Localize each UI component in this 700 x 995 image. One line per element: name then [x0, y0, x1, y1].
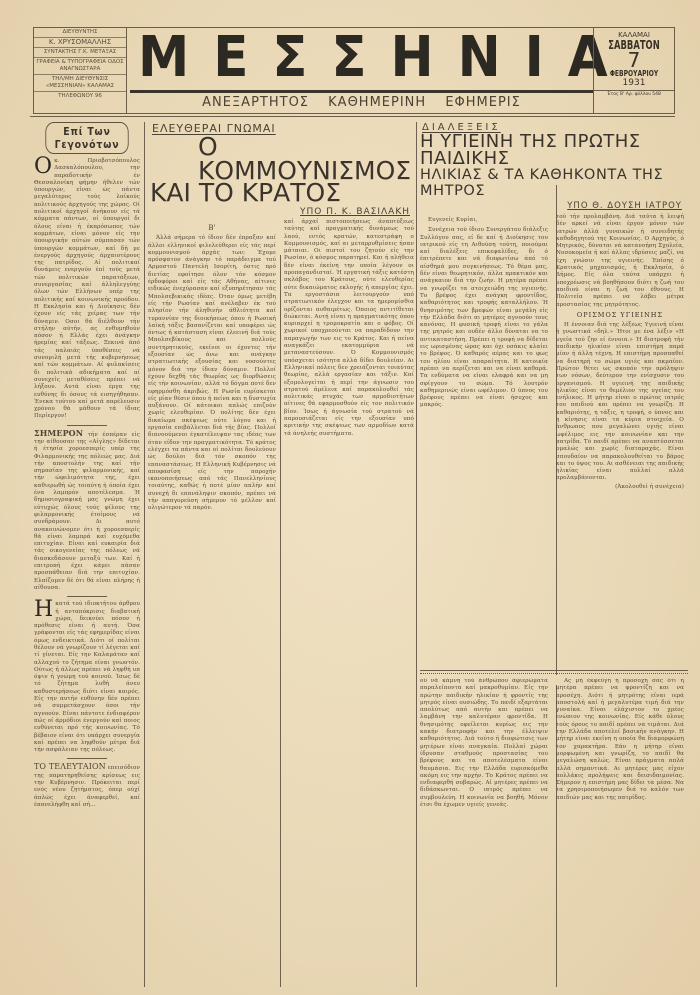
article-body: τού τήν προλαμβάνη. Διά ταύτα ή λειψή δέ… [556, 214, 684, 309]
issue-number: Έτος Β' Αρ. φύλλου 548 [594, 90, 674, 97]
day-number: 7 [594, 51, 674, 69]
article1-body: κ. Πριοβοτσόπουλος Δασκαλόπουλου, την πα… [34, 158, 140, 419]
article4-body: επεισόδιον της παρατηρηθείσης κρίσεως ει… [34, 765, 140, 807]
masthead: ΔΙΕΥΘΥΝΤΗΣ Κ. ΧΡΥΣΟΜΑΛΛΗΣ ΣΥΝΤΑΚΤΗΣ Γ.Κ.… [33, 27, 675, 114]
article-body: Άλλά σήμερα τό ίδιον δέν έπραξαν καί άλλ… [148, 235, 276, 512]
divider [67, 425, 107, 426]
weekday: ΣΑΒΒΑΤΟΝ [606, 39, 662, 51]
article-column-left: ού νά κάμνη τού άνθρώπου άφιερώματα παρα… [420, 678, 548, 810]
headline-line-1: Ο ΚΟΜΜΟΥΝΙΣΜΟΣ [148, 135, 414, 183]
year: 1931 [594, 78, 674, 88]
phone-line: ΤΗΛΕΦΩΝΟΥ 96 [34, 92, 126, 101]
divider [67, 758, 107, 759]
part-number: Β' [148, 225, 276, 232]
article-text: Οκ. Πριοβοτσόπουλος Δασκαλόπουλου, την π… [34, 158, 140, 809]
salutation: Ευγενείς Κυρίαι, [420, 217, 548, 224]
offices-line: ΓΡΑΦΕΙΑ & ΤΥΠΟΓΡΑΦΕΙΑ ΟΔΟΣ ΑΝΑΓΝΩΣΤΑΡΑ [34, 58, 126, 75]
article-body: Συνέχεια τού ίδιου Συνεργάτου διάλεξις Σ… [420, 227, 548, 409]
article-kommounismos: ΕΛΕΥΘΕΡΑΙ ΓΝΩΜΑΙ Ο ΚΟΜΜΟΥΝΙΣΜΟΣ ΚΑΙ ΤΟ Κ… [148, 122, 414, 987]
month: ΦΕΒΡΟΥΑΡΙΟΥ [604, 69, 664, 78]
column-rule [144, 122, 145, 987]
headline-line-2: ΗΛΙΚΙΑΣ & ΤΑ ΚΑΘΗΚΟΝΤΑ ΤΗΣ ΜΗΤΡΟΣ [420, 167, 688, 199]
article-body: Ας μή έκφεύγη ή προσοχή σας ότι η μητέρα… [556, 678, 684, 802]
date-box: ΚΑΛΑΜΑΙ ΣΑΒΒΑΤΟΝ 7 ΦΕΒΡΟΥΑΡΙΟΥ 1931 Έτος… [593, 28, 674, 113]
continuation-note: (Άκολουθεί ή συνέχεια) [556, 484, 684, 491]
editor-line: ΣΥΝΤΑΚΤΗΣ Γ.Κ. ΜΕΤΑΞΑΣ [34, 48, 126, 58]
article-body: ού νά κάμνη τού άνθρώπου άφιερώματα παρα… [420, 678, 548, 809]
byline: ΥΠΟ Θ. ΔΟΥΣΗ ΙΑΤΡΟΥ [420, 201, 682, 211]
title-underline [130, 90, 593, 93]
newspaper-title: ΜΕΣΣΗΝΙΑ [138, 32, 580, 84]
article-body: καί άρχαί πιστοποιήσεως άναπτύξεως ταύτη… [284, 219, 414, 438]
masthead-rule [30, 116, 675, 117]
newspaper-subtitle: ΑΝΕΞΑΡΤΗΤΟΣ ΚΑΘΗΜΕΡΙΝΗ ΕΦΗΜΕΡΙΣ [134, 95, 589, 110]
article-continuation: ού νά κάμνη τού άνθρώπου άφιερώματα παρα… [420, 678, 688, 987]
column-epi-ton-gegonoton: Επί Των Γεγονότων Οκ. Πριοβοτσόπουλος Δα… [34, 122, 140, 987]
section-body: Η έννοιαν διά της λέξεως Υγιεινή είναι ή… [556, 322, 684, 483]
masthead-info-box: ΔΙΕΥΘΥΝΤΗΣ Κ. ΧΡΥΣΟΜΑΛΛΗΣ ΣΥΝΤΑΚΤΗΣ Γ.Κ.… [34, 28, 127, 113]
kicker: ΕΛΕΥΘΕΡΑΙ ΓΝΩΜΑΙ [152, 122, 414, 135]
section-heading: ΟΡΙΣΜΟΣ ΥΓΙΕΙΝΗΣ [556, 312, 684, 319]
article-column-right: Ας μή έκφεύγη ή προσοχή σας ότι η μητέρα… [556, 678, 684, 810]
article-column-right: τού τήν προλαμβάνη. Διά ταύτα ή λειψή δέ… [556, 214, 684, 491]
article4-lead: ΤΟ ΤΕΛΕΥΤΑΙΟΝ [34, 762, 106, 771]
director-label: ΔΙΕΥΘΥΝΤΗΣ [34, 28, 126, 38]
column-rule [416, 122, 417, 987]
drop-cap: Η [34, 601, 53, 619]
article2-body: τήν έσπέραν είς την αίθουσαν της «Αίγλης… [34, 432, 140, 591]
byline: ΥΠΟ Π. Κ. ΒΑΣΙΛΑΚΗ [148, 207, 410, 217]
article2-lead: ΣΗΜΕΡΟΝ [34, 428, 83, 438]
headline-line-1: Η ΥΓΙΕΙΝΗ ΤΗΣ ΠΡΩΤΗΣ ΠΑΙΔΙΚΗΣ [420, 133, 688, 167]
section-divider [420, 670, 688, 674]
section-box-title: Επί Των Γεγονότων [45, 122, 128, 154]
article-ygieini: ΔΙΑΛΕΞΕΙΣ Η ΥΓΙΕΙΝΗ ΤΗΣ ΠΡΩΤΗΣ ΠΑΙΔΙΚΗΣ … [420, 122, 688, 665]
article-column-left: Β' Άλλά σήμερα τό ίδιον δέν έπραξαν καί … [148, 219, 276, 514]
drop-cap: Ο [34, 158, 52, 176]
newspaper-page: ΔΙΕΥΘΥΝΤΗΣ Κ. ΧΡΥΣΟΜΑΛΛΗΣ ΣΥΝΤΑΚΤΗΣ Γ.Κ.… [0, 0, 700, 995]
divider [67, 596, 107, 597]
article-column-left: Ευγενείς Κυρίαι, Συνέχεια τού ίδιου Συνε… [420, 214, 548, 491]
director-name: Κ. ΧΡΥΣΟΜΑΛΛΗΣ [34, 38, 126, 48]
article-column-right: καί άρχαί πιστοποιήσεως άναπτύξεως ταύτη… [284, 219, 414, 514]
article3-body: κατά τού ιδιοκτήτου άρθρου ή ανταπόκρισι… [34, 601, 140, 753]
telegraph-line: ΤΗΛ/ΜΗ ΔΙΕΥΘΥΝΣΙΣ «ΜΕΣΣΗΝΙΑΝ» ΚΑΛΑΜΑΣ [34, 75, 126, 92]
